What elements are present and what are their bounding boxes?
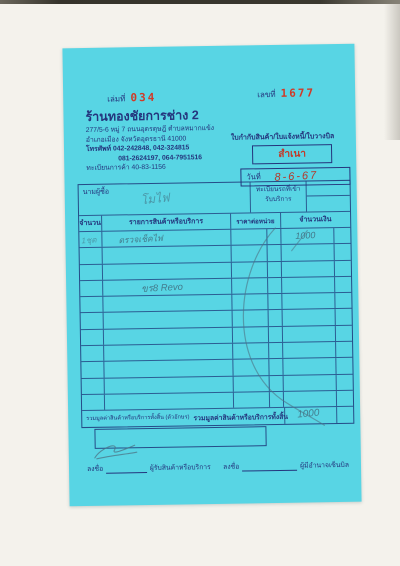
empty-cell xyxy=(282,293,336,309)
empty-cell xyxy=(283,342,337,358)
empty-cell xyxy=(102,246,231,263)
total-in-words-label: รวมมูลค่าสินค้าหรือบริการทั้งสิ้น (ตัวอั… xyxy=(86,414,189,424)
column-header-description: รายการสินค้าหรือบริการ xyxy=(102,214,231,231)
empty-cell xyxy=(282,277,336,293)
empty-cell xyxy=(81,362,104,378)
serial-number-value: 1677 xyxy=(280,86,315,100)
column-header-unit-price: ราคาต่อหน่วย xyxy=(231,213,281,229)
empty-cell xyxy=(268,310,282,326)
total-satang-cell xyxy=(338,407,354,423)
column-header-quantity: จำนวน xyxy=(79,216,102,231)
empty-cell xyxy=(103,295,232,312)
empty-cell xyxy=(233,343,269,359)
book-number-label: เล่มที่ xyxy=(107,94,125,103)
book-number-value: 034 xyxy=(130,91,156,104)
vehicle-registration-value-cell xyxy=(307,181,350,212)
vehicle-registration-label-cell: ทะเบียนรถที่เข้า รับบริการ xyxy=(250,181,307,212)
column-header-amount: จำนวนเงิน xyxy=(281,212,351,228)
empty-cell xyxy=(105,393,234,410)
scanned-receipt-page: { "colors": { "paper": "#58d5e4", "ink":… xyxy=(0,0,400,566)
empty-cell xyxy=(103,311,232,328)
empty-cell xyxy=(80,297,103,313)
row1-amount-handwritten: 1000 xyxy=(295,230,316,241)
empty-cell xyxy=(80,248,103,264)
empty-cell xyxy=(283,375,337,391)
empty-cell xyxy=(336,342,352,358)
vehicle-plate-handwritten: ขร8 Revo xyxy=(141,280,183,297)
empty-cell xyxy=(335,293,351,309)
empty-cell xyxy=(103,262,232,279)
shop-address-block: 277/5-6 หมู่ 7 ถนนอุดรดุษฎี ตำบลหมากแข้ง… xyxy=(86,123,247,173)
row1-amount-satang-cell xyxy=(334,228,350,244)
buyer-name-cell: นามผู้ซื้อ โมไฟ xyxy=(79,182,251,215)
empty-cell xyxy=(336,309,352,325)
empty-cell xyxy=(80,281,103,297)
empty-cell xyxy=(335,244,351,260)
empty-cell xyxy=(232,278,268,294)
buyer-row: นามผู้ซื้อ โมไฟ ทะเบียนรถที่เข้า รับบริก… xyxy=(79,181,350,215)
empty-cell xyxy=(232,311,268,327)
receipt-paper: เล่มที่034 เลขที่1677 ร้านทองชัยการช่าง … xyxy=(62,44,361,507)
empty-cell xyxy=(268,278,282,294)
scan-right-streak xyxy=(384,0,400,140)
scan-top-edge xyxy=(0,0,400,4)
empty-cell xyxy=(233,327,269,343)
row1-price-satang-cell xyxy=(267,229,281,245)
empty-cell xyxy=(104,327,233,344)
empty-cell xyxy=(269,359,283,375)
items-table: นามผู้ซื้อ โมไฟ ทะเบียนรถที่เข้า รับบริก… xyxy=(78,180,355,429)
row1-qty-cell: 1ชุด xyxy=(79,232,102,248)
row1-qty-handwritten: 1ชุด xyxy=(81,233,97,247)
empty-cell xyxy=(269,392,283,408)
serial-number-label: เลขที่ xyxy=(257,90,276,99)
empty-cell xyxy=(233,376,269,392)
row1-amount-cell: 1000 xyxy=(281,228,335,244)
total-value-cell: 1000 xyxy=(285,407,338,424)
receiver-signature-scribble xyxy=(91,439,147,464)
empty-cell xyxy=(80,264,103,280)
empty-cell xyxy=(104,344,233,361)
vehicle-label-line2: รับบริการ xyxy=(250,195,306,206)
empty-cell xyxy=(234,392,270,408)
empty-cell xyxy=(282,310,336,326)
empty-cell xyxy=(269,376,283,392)
row1-desc-cell: ตรวจเช็คไฟ xyxy=(102,230,231,247)
total-label: รวมมูลค่าสินค้าหรือบริการทั้งสิ้น xyxy=(193,411,288,423)
buyer-name-label: นามผู้ซื้อ xyxy=(83,187,110,198)
row4-desc-cell: ขร8 Revo xyxy=(103,279,232,296)
empty-cell xyxy=(335,277,351,293)
empty-cell xyxy=(283,358,337,374)
copy-stamp-label: สำเนา xyxy=(278,147,306,162)
sign-label-left: ลงชื่อ xyxy=(87,463,103,474)
empty-cell xyxy=(81,329,104,345)
empty-cell xyxy=(82,395,105,411)
empty-cell xyxy=(81,346,104,362)
vehicle-value-top xyxy=(307,181,350,197)
empty-cell xyxy=(231,245,267,261)
authorized-label: ผู้มีอำนาจเซ็นบิล xyxy=(300,459,349,471)
receiver-label: ผู้รับสินค้าหรือบริการ xyxy=(150,461,211,473)
empty-cell xyxy=(81,313,104,329)
row1-price-cell xyxy=(231,229,267,245)
receiver-signature-line xyxy=(106,463,147,474)
document-title: ใบกำกับสินค้า/ใบแจ้งหนี้/ใบวางบิล xyxy=(231,131,335,144)
empty-cell xyxy=(267,245,281,261)
book-number-line: เล่มที่034 xyxy=(107,91,156,106)
copy-stamp-box: สำเนา xyxy=(252,144,332,164)
sign-label-right: ลงชื่อ xyxy=(223,461,239,472)
buyer-name-handwritten: โมไฟ xyxy=(140,188,171,210)
empty-cell xyxy=(104,376,233,393)
total-label-cell: รวมมูลค่าสินค้าหรือบริการทั้งสิ้น (ตัวอั… xyxy=(82,408,285,427)
empty-cell xyxy=(335,260,351,276)
vehicle-label-line1: ทะเบียนรถที่เข้า xyxy=(250,185,306,196)
serial-number-line: เลขที่1677 xyxy=(257,86,315,101)
row1-desc-handwritten: ตรวจเช็คไฟ xyxy=(118,231,163,247)
empty-cell xyxy=(268,327,282,343)
empty-cell xyxy=(232,262,268,278)
empty-cell xyxy=(82,378,105,394)
empty-cell xyxy=(336,358,352,374)
empty-cell xyxy=(336,326,352,342)
empty-cell xyxy=(281,244,335,260)
empty-cell xyxy=(281,261,335,277)
empty-cell xyxy=(282,326,336,342)
authorized-signature-line xyxy=(242,461,297,472)
empty-cell xyxy=(337,374,353,390)
empty-cell xyxy=(269,343,283,359)
empty-cell xyxy=(268,294,282,310)
total-value-handwritten: 1000 xyxy=(297,408,320,421)
empty-cell xyxy=(104,360,233,377)
empty-cell xyxy=(232,294,268,310)
empty-cell xyxy=(233,359,269,375)
vehicle-value-bottom xyxy=(307,196,350,212)
shop-registration: ทะเบียนการค้า 40-83-1156 xyxy=(86,162,246,174)
empty-cell xyxy=(267,262,281,278)
empty-cell xyxy=(283,391,337,407)
empty-cell xyxy=(337,391,353,407)
